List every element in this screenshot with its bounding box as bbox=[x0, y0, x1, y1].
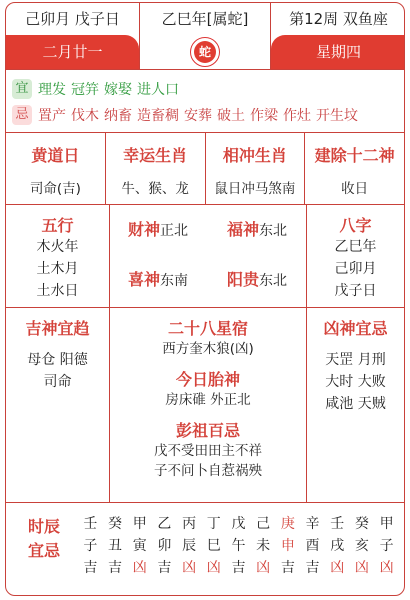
wuxing-title: 五行 bbox=[6, 213, 109, 236]
jishen-line: 司命 bbox=[6, 371, 109, 393]
ji-item: 开生坟 bbox=[316, 108, 358, 124]
ji-row: 忌 置产伐木纳畜造畜稠安葬破土作梁作灶开生坟 bbox=[12, 102, 404, 128]
hour-stem: 癸 bbox=[350, 513, 375, 535]
xingxiu-value: 西方奎木狼(凶) bbox=[110, 339, 306, 359]
hour-luck: 凶 bbox=[251, 557, 276, 579]
yanggui-label: 阳贵 bbox=[227, 270, 259, 289]
fushen: 福神东北 bbox=[227, 217, 287, 240]
hour-stem: 己 bbox=[251, 513, 276, 535]
ji-item: 作灶 bbox=[283, 108, 311, 124]
clash-zodiac-cell: 相冲生肖 鼠日冲马煞南 bbox=[206, 133, 306, 204]
ji-items: 置产伐木纳畜造畜稠安葬破土作梁作灶开生坟 bbox=[38, 105, 363, 125]
lunar-date: 二月廿一 bbox=[6, 35, 139, 69]
hours-title: 时辰 宜忌 bbox=[28, 515, 64, 563]
jishen-list: 母仓 阳德 司命 bbox=[6, 349, 109, 393]
seal-glyph: 蛇 bbox=[194, 41, 216, 63]
hour-luck: 凶 bbox=[177, 557, 202, 579]
hour-luck: 凶 bbox=[201, 557, 226, 579]
twelve-gods-cell: 建除十二神 收日 bbox=[305, 133, 404, 204]
bazi-line: 乙巳年 bbox=[307, 236, 404, 258]
bazi-line: 戊子日 bbox=[307, 280, 404, 302]
fushen-dir: 东北 bbox=[259, 223, 287, 239]
header-left: 己卯月 戊子日 二月廿一 bbox=[6, 3, 139, 69]
hour-luck: 凶 bbox=[325, 557, 350, 579]
caishen-dir: 正北 bbox=[160, 223, 188, 239]
taishen-title: 今日胎神 bbox=[110, 367, 306, 390]
clash-zodiac-title: 相冲生肖 bbox=[206, 143, 305, 167]
gods-directions: 财神正北 福神东北 喜神东南 阳贵东北 bbox=[110, 205, 306, 308]
bazi-cell: 八字 乙巳年 己卯月 戊子日 bbox=[306, 205, 404, 308]
hours-title-line: 时辰 bbox=[28, 515, 64, 539]
huangdao-title: 黄道日 bbox=[6, 143, 105, 167]
hour-branch: 卯 bbox=[152, 535, 177, 557]
lucky-zodiac-cell: 幸运生肖 牛、猴、龙 bbox=[106, 133, 206, 204]
hour-branch: 戌 bbox=[325, 535, 350, 557]
yi-items: 理发冠笄嫁娶进人口 bbox=[38, 79, 184, 99]
yi-item: 嫁娶 bbox=[104, 82, 132, 98]
jishen-line: 母仓 阳德 bbox=[6, 349, 109, 371]
header-center: 乙巳年[属蛇] 蛇 bbox=[139, 3, 271, 69]
huangdao-cell: 黄道日 司命(吉) bbox=[6, 133, 106, 204]
lucky-zodiac-value: 牛、猴、龙 bbox=[106, 177, 205, 197]
jishen-title: 吉神宜趋 bbox=[6, 316, 109, 339]
hour-stem: 壬 bbox=[78, 513, 103, 535]
xishen: 喜神东南 bbox=[128, 267, 188, 290]
xingxiu-title: 二十八星宿 bbox=[110, 316, 306, 339]
yi-badge: 宜 bbox=[12, 79, 32, 99]
hour-branch: 丑 bbox=[103, 535, 128, 557]
hour-luck: 凶 bbox=[127, 557, 152, 579]
hour-luck: 吉 bbox=[300, 557, 325, 579]
hour-stem: 壬 bbox=[325, 513, 350, 535]
yanggui: 阳贵东北 bbox=[227, 267, 287, 290]
month-day-ganzhi: 己卯月 戊子日 bbox=[6, 3, 139, 35]
ji-item: 安葬 bbox=[184, 108, 212, 124]
hours-grid: 壬癸甲乙丙丁戊己庚辛壬癸甲子丑寅卯辰巳午未申酉戌亥子吉吉凶吉凶凶吉凶吉吉凶凶凶 bbox=[78, 513, 399, 579]
hour-luck: 凶 bbox=[374, 557, 399, 579]
hour-luck: 吉 bbox=[103, 557, 128, 579]
yi-item: 理发 bbox=[38, 82, 66, 98]
hour-branch: 巳 bbox=[201, 535, 226, 557]
hour-branch: 辰 bbox=[177, 535, 202, 557]
yi-item: 冠笄 bbox=[71, 82, 99, 98]
hour-luck: 吉 bbox=[152, 557, 177, 579]
info-row: 黄道日 司命(吉) 幸运生肖 牛、猴、龙 相冲生肖 鼠日冲马煞南 建除十二神 收… bbox=[6, 132, 404, 204]
hour-stem: 庚 bbox=[276, 513, 301, 535]
ji-item: 置产 bbox=[38, 108, 66, 124]
hour-stem: 丙 bbox=[177, 513, 202, 535]
xiongshen-line: 咸池 天贼 bbox=[307, 393, 404, 415]
hour-stem: 甲 bbox=[127, 513, 152, 535]
snake-seal-icon: 蛇 bbox=[190, 37, 220, 67]
hours-section: 时辰 宜忌 壬癸甲乙丙丁戊己庚辛壬癸甲子丑寅卯辰巳午未申酉戌亥子吉吉凶吉凶凶吉凶… bbox=[6, 502, 404, 596]
xiongshen-line: 大时 大败 bbox=[307, 371, 404, 393]
hour-branch: 寅 bbox=[127, 535, 152, 557]
yanggui-dir: 东北 bbox=[259, 273, 287, 289]
xiongshen-title: 凶神宜忌 bbox=[307, 316, 404, 339]
huangdao-value: 司命(吉) bbox=[6, 177, 105, 197]
hour-stem: 戊 bbox=[226, 513, 251, 535]
hour-stem: 癸 bbox=[103, 513, 128, 535]
bazi-line: 己卯月 bbox=[307, 258, 404, 280]
header: 己卯月 戊子日 二月廿一 乙巳年[属蛇] 蛇 第12周 双鱼座 星期四 bbox=[6, 3, 404, 69]
bazi-title: 八字 bbox=[307, 213, 404, 236]
hour-stem: 丁 bbox=[201, 513, 226, 535]
wuxing-line: 土水日 bbox=[6, 280, 109, 302]
ji-badge: 忌 bbox=[12, 105, 32, 125]
xiongshen-line: 天罡 月刑 bbox=[307, 349, 404, 371]
caishen: 财神正北 bbox=[128, 217, 188, 240]
hour-branch: 申 bbox=[276, 535, 301, 557]
center-info-cell: 二十八星宿 西方奎木狼(凶) 今日胎神 房床碓 外正北 彭祖百忌 戊不受田田主不… bbox=[110, 308, 306, 503]
ji-item: 伐木 bbox=[71, 108, 99, 124]
hour-branch: 子 bbox=[78, 535, 103, 557]
hour-stem: 甲 bbox=[374, 513, 399, 535]
hour-branch: 午 bbox=[226, 535, 251, 557]
jishen-cell: 吉神宜趋 母仓 阳德 司命 bbox=[6, 308, 110, 503]
caishen-label: 财神 bbox=[128, 220, 160, 239]
ji-item: 造畜稠 bbox=[137, 108, 179, 124]
pengzu-line: 戊不受田田主不祥 bbox=[110, 441, 306, 461]
taishen-value: 房床碓 外正北 bbox=[110, 390, 306, 410]
pengzu-line: 子不问卜自惹祸殃 bbox=[110, 461, 306, 481]
wuxing-line: 土木月 bbox=[6, 258, 109, 280]
weekday: 星期四 bbox=[271, 35, 405, 69]
pengzu-title: 彭祖百忌 bbox=[110, 418, 306, 441]
xiongshen-cell: 凶神宜忌 天罡 月刑 大时 大败 咸池 天贼 bbox=[306, 308, 404, 503]
lucky-zodiac-title: 幸运生肖 bbox=[106, 143, 205, 167]
hour-stem: 辛 bbox=[300, 513, 325, 535]
ji-item: 破土 bbox=[217, 108, 245, 124]
wuxing-gods-bazi-row: 五行 木火年 土木月 土水日 财神正北 福神东北 喜神东南 阳贵东北 八字 乙巳… bbox=[6, 204, 404, 307]
xishen-dir: 东南 bbox=[160, 273, 188, 289]
hours-title-line: 宜忌 bbox=[28, 539, 64, 563]
year-zodiac: 乙巳年[属蛇] bbox=[140, 3, 270, 35]
hour-luck: 凶 bbox=[350, 557, 375, 579]
spirits-row: 吉神宜趋 母仓 阳德 司命 二十八星宿 西方奎木狼(凶) 今日胎神 房床碓 外正… bbox=[6, 307, 404, 502]
hour-branch: 酉 bbox=[300, 535, 325, 557]
xiongshen-list: 天罡 月刑 大时 大败 咸池 天贼 bbox=[307, 349, 404, 415]
almanac-card: 己卯月 戊子日 二月廿一 乙巳年[属蛇] 蛇 第12周 双鱼座 星期四 宜 理发… bbox=[5, 2, 405, 596]
hour-luck: 吉 bbox=[276, 557, 301, 579]
clash-zodiac-value: 鼠日冲马煞南 bbox=[206, 177, 305, 197]
fushen-label: 福神 bbox=[227, 220, 259, 239]
hour-branch: 子 bbox=[374, 535, 399, 557]
hour-branch: 亥 bbox=[350, 535, 375, 557]
week-constellation: 第12周 双鱼座 bbox=[271, 3, 405, 35]
ji-item: 纳畜 bbox=[104, 108, 132, 124]
hour-stem: 乙 bbox=[152, 513, 177, 535]
hour-branch: 未 bbox=[251, 535, 276, 557]
xishen-label: 喜神 bbox=[128, 270, 160, 289]
yi-ji-section: 宜 理发冠笄嫁娶进人口 忌 置产伐木纳畜造畜稠安葬破土作梁作灶开生坟 bbox=[6, 69, 404, 132]
hour-luck: 吉 bbox=[226, 557, 251, 579]
header-right: 第12周 双鱼座 星期四 bbox=[271, 3, 405, 69]
twelve-gods-title: 建除十二神 bbox=[305, 143, 404, 167]
ji-item: 作梁 bbox=[250, 108, 278, 124]
wuxing-line: 木火年 bbox=[6, 236, 109, 258]
twelve-gods-value: 收日 bbox=[305, 177, 404, 197]
hour-luck: 吉 bbox=[78, 557, 103, 579]
wuxing-cell: 五行 木火年 土木月 土水日 bbox=[6, 205, 110, 308]
yi-item: 进人口 bbox=[137, 82, 179, 98]
yi-row: 宜 理发冠笄嫁娶进人口 bbox=[12, 76, 404, 102]
